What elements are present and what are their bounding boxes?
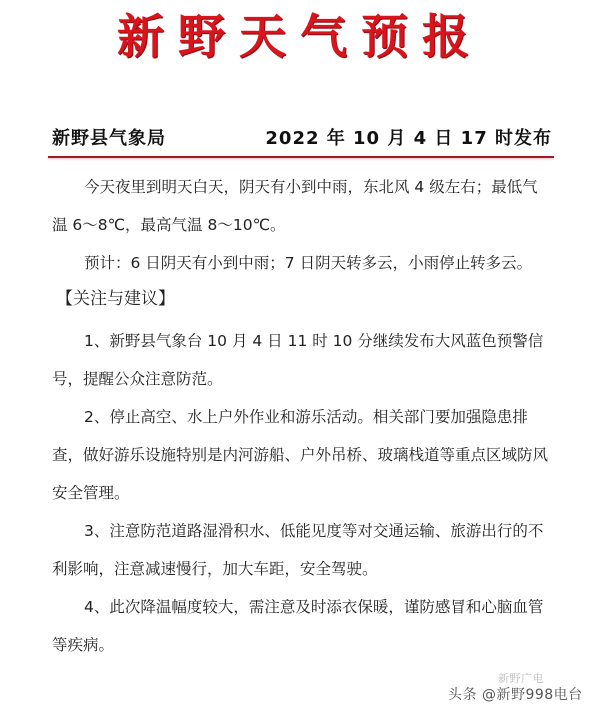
advice-heading: 【关注与建议】: [56, 284, 175, 309]
forecast-paragraph: 今天夜里到明天白天，阴天有小到中雨，东北风 4 级左右；最低气温 6～8℃，最高…: [52, 168, 552, 244]
issuing-organization: 新野县气象局: [52, 124, 166, 150]
issue-header: 新野县气象局 2022 年 10 月 4 日 17 时发布: [52, 124, 552, 150]
page-title: 新野天气预报: [0, 8, 600, 68]
advice-item: 4、此次降温幅度较大，需注意及时添衣保暖，谨防感冒和心脑血管等疾病。: [52, 588, 552, 664]
forecast-outlook: 预计：6 日阴天有小到中雨；7 日阴天转多云，小雨停止转多云。: [52, 244, 552, 282]
advice-item: 1、新野县气象台 10 月 4 日 11 时 10 分继续发布大风蓝色预警信号，…: [52, 322, 552, 398]
source-watermark: 新野广电 头条 @新野998电台: [448, 684, 583, 704]
header-divider: [48, 156, 554, 158]
advice-item: 3、注意防范道路湿滑积水、低能见度等对交通运输、旅游出行的不利影响，注意减速慢行…: [52, 512, 552, 588]
issue-time: 2022 年 10 月 4 日 17 时发布: [265, 124, 552, 150]
advice-item: 2、停止高空、水上户外作业和游乐活动。相关部门要加强隐患排查，做好游乐设施特别是…: [52, 398, 552, 512]
ghost-watermark: 新野广电: [498, 670, 544, 686]
watermark-text: 头条 @新野998电台: [448, 687, 583, 703]
